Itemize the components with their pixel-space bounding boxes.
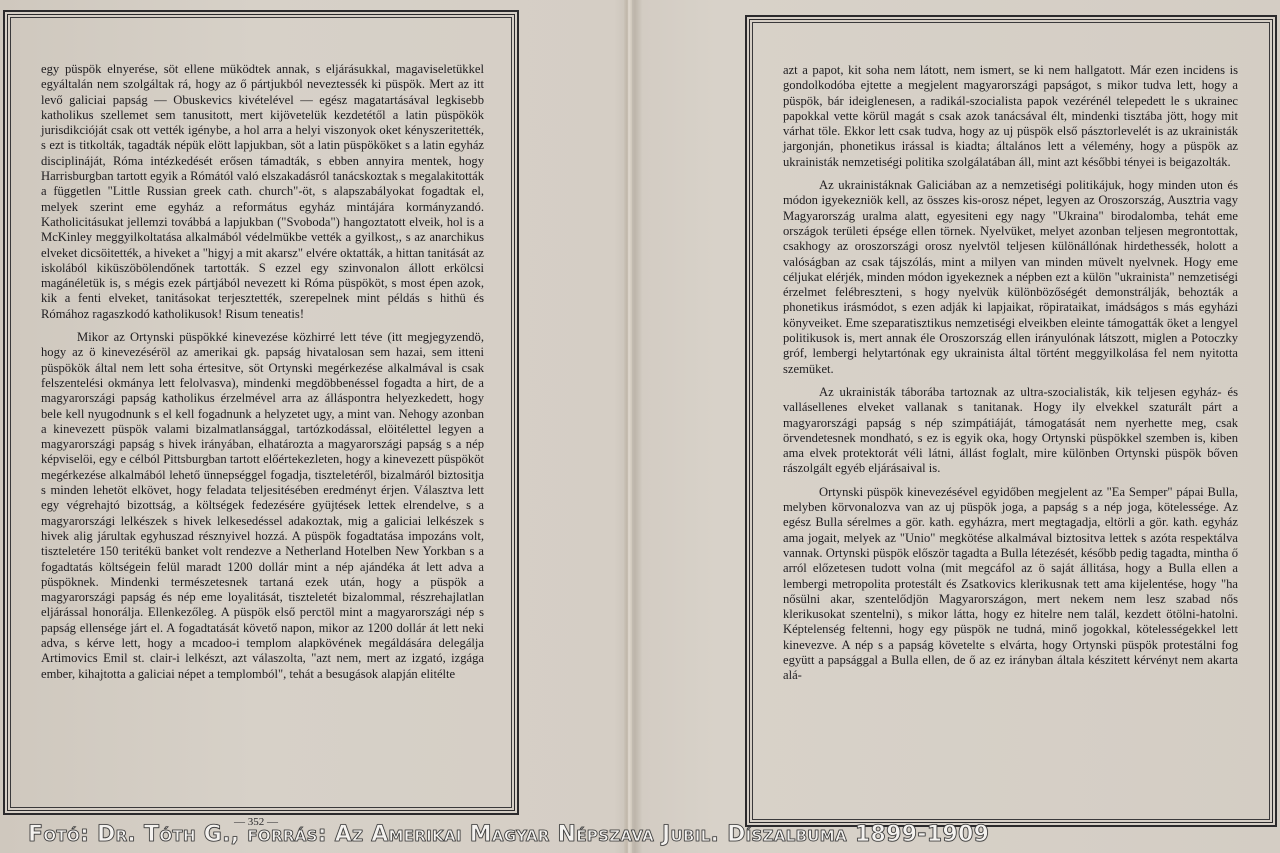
left-paragraph-1: egy püspök elnyerése, söt ellene müködte… — [41, 62, 484, 322]
right-paragraph-4: Ortynski püspök kinevezésével egyidőben … — [783, 485, 1238, 684]
right-paragraph-2: Az ukrainistáknak Galiciában az a nemzet… — [783, 178, 1238, 377]
right-paragraph-3: Az ukrainisták táborába tartoznak az ult… — [783, 385, 1238, 477]
left-paragraph-2: Mikor az Ortynski püspökké kinevezése kö… — [41, 330, 484, 682]
right-page-text: azt a papot, kit soha nem látott, nem is… — [783, 63, 1238, 692]
left-page-text: egy püspök elnyerése, söt ellene müködte… — [41, 62, 484, 690]
book-gutter — [624, 0, 632, 853]
right-paragraph-1: azt a papot, kit soha nem látott, nem is… — [783, 63, 1238, 170]
photo-credit-caption: Fotó: Dr. Tóth G., forrás: Az Amerikai M… — [28, 822, 1258, 847]
